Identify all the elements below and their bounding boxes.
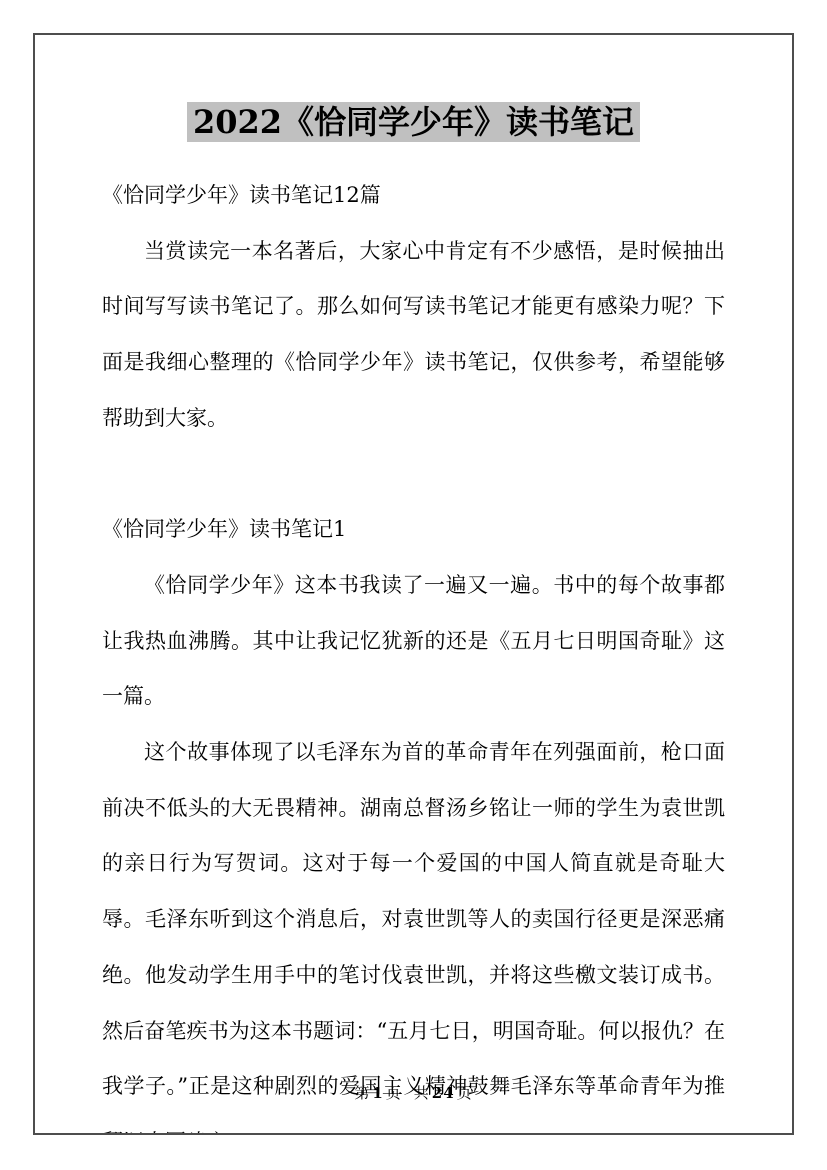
current-page-number: 1 (370, 1084, 385, 1102)
total-pages-suffix: 页 (457, 1084, 473, 1102)
intro-paragraph: 当赏读完一本名著后，大家心中肯定有不少感悟，是时候抽出时间写写读书笔记了。那么如… (102, 224, 725, 447)
document-content: 2022《恰同学少年》读书笔记 《恰同学少年》读书笔记12篇 当赏读完一本名著后… (102, 35, 725, 1135)
page-footer: 第1页共24页 (35, 1082, 792, 1103)
document-title: 2022《恰同学少年》读书笔记 (187, 102, 640, 142)
section-1-paragraph-1: 《恰同学少年》这本书我读了一遍又一遍。书中的每个故事都让我热血沸腾。其中让我记忆… (102, 558, 725, 725)
document-title-row: 2022《恰同学少年》读书笔记 (102, 102, 725, 142)
page-number-prefix: 第 (354, 1084, 370, 1102)
total-pages-number: 24 (430, 1084, 457, 1102)
section-1-label: 《恰同学少年》读书笔记1 (102, 502, 725, 558)
total-pages-prefix: 共 (414, 1084, 430, 1102)
page-number-suffix: 页 (386, 1084, 402, 1102)
intro-label: 《恰同学少年》读书笔记12篇 (102, 168, 725, 224)
document-page: 2022《恰同学少年》读书笔记 《恰同学少年》读书笔记12篇 当赏读完一本名著后… (33, 33, 794, 1135)
section-1-paragraph-2: 这个故事体现了以毛泽东为首的革命青年在列强面前，枪口面前决不低头的大无畏精神。湖… (102, 725, 725, 1135)
